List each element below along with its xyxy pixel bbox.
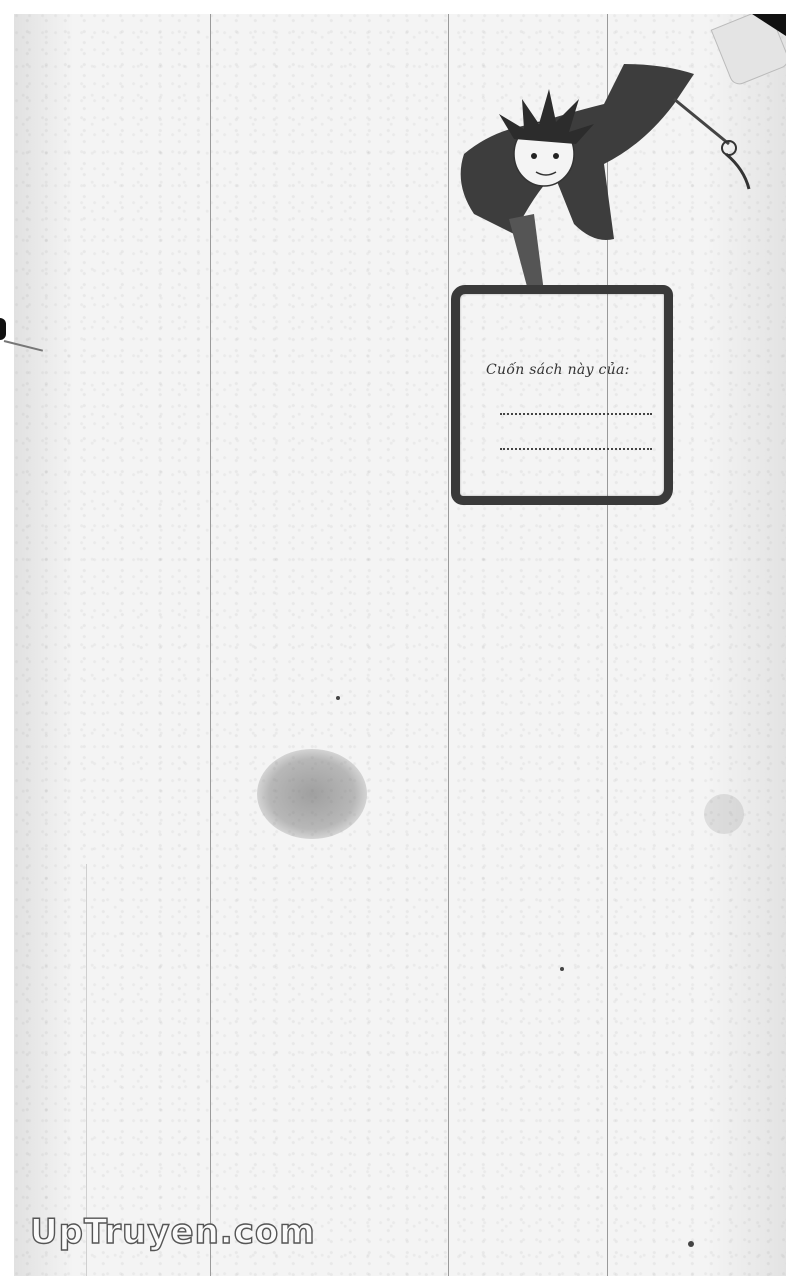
nameplate-frame (451, 285, 673, 505)
manga-page (14, 14, 786, 1276)
name-blank-line (500, 413, 652, 415)
corner-triangle-decoration (752, 14, 786, 36)
coffee-stain (257, 749, 367, 839)
edge-mark (0, 318, 6, 340)
fold-line (210, 14, 211, 1276)
nameplate-label: Cuốn sách này của: (486, 362, 630, 378)
ink-dot (336, 696, 340, 700)
ink-dot (560, 967, 564, 971)
smudge (704, 794, 744, 834)
ink-dot (688, 1241, 694, 1247)
character-illustration (444, 44, 764, 304)
site-watermark: UpTruyen.com (30, 1212, 316, 1252)
paper-shade-left (14, 14, 74, 1276)
name-blank-line (500, 448, 652, 450)
